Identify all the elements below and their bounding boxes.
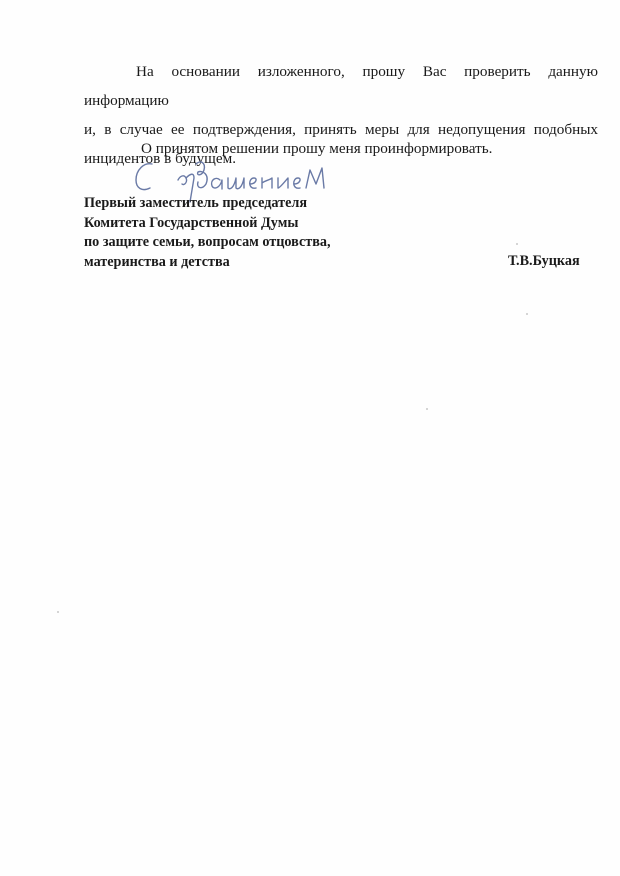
paragraph-line: На основании изложенного, прошу Вас пров… (84, 57, 598, 115)
document-page: На основании изложенного, прошу Вас пров… (0, 0, 620, 876)
signatory-name: Т.В.Буцкая (508, 252, 580, 272)
signatory-title-line: Первый заместитель председателя (84, 194, 331, 214)
scan-speck (516, 243, 518, 245)
scan-speck (426, 408, 428, 410)
signatory-title-line: Комитета Государственной Думы (84, 214, 331, 234)
scan-speck (526, 313, 528, 315)
signatory-title-line: материнства и детства (84, 253, 331, 273)
signatory-title: Первый заместитель председателя Комитета… (84, 194, 331, 272)
scan-speck (57, 611, 59, 613)
signatory-title-line: по защите семьи, вопросам отцовства, (84, 233, 331, 253)
